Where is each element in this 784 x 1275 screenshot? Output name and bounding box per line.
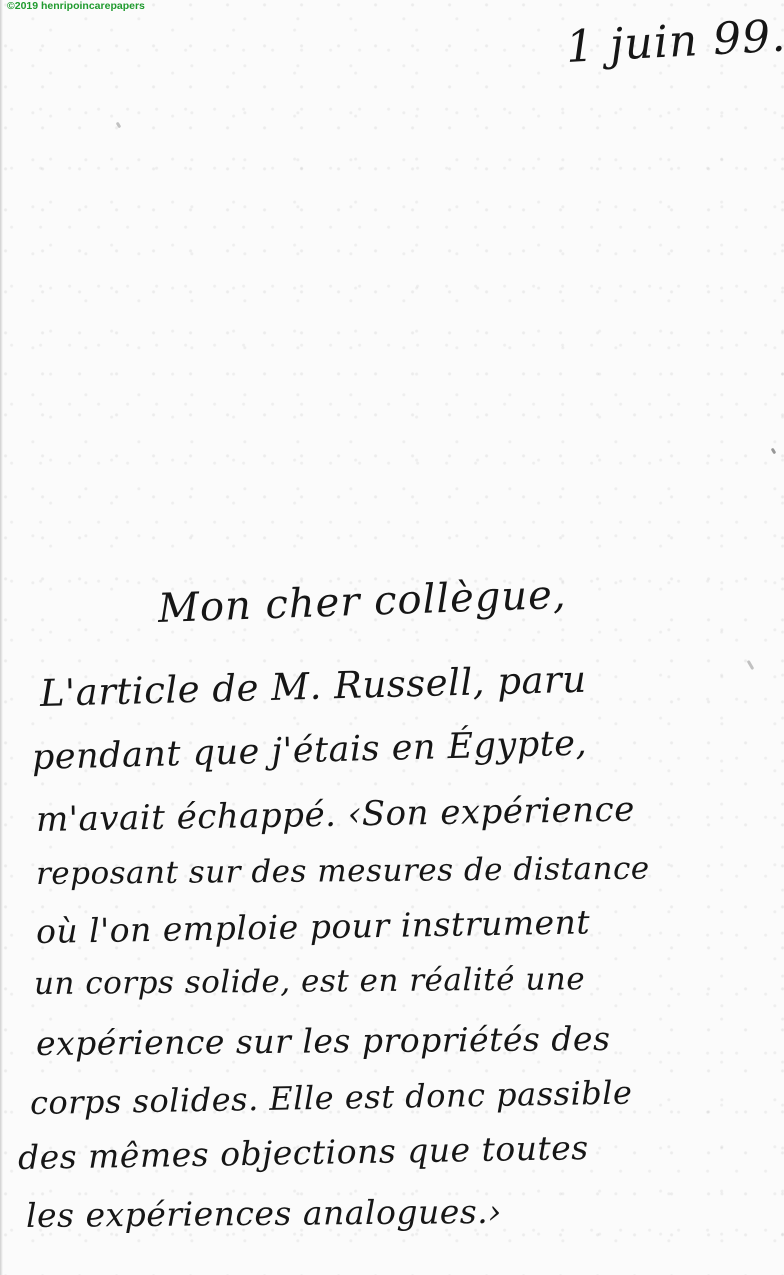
letter-line: L'article de M. Russell, paru (39, 658, 587, 715)
letter-line: les expériences analogues.› (26, 1192, 502, 1235)
letter-salutation: Mon cher collègue, (157, 572, 567, 632)
paper-speck (116, 122, 122, 129)
paper-speck (771, 448, 777, 455)
letter-line: m'avait échappé. ‹Son expérience (36, 790, 635, 840)
letter-line: où l'on emploie pour instrument (36, 902, 591, 951)
letter-line: reposant sur des mesures de distance (36, 851, 650, 892)
letter-line: un corps solide, est en réalité une (34, 961, 585, 1002)
copyright-watermark: ©2019 henripoincarepapers (7, 0, 145, 12)
letter-line: expérience sur les propriétés des (36, 1019, 611, 1063)
scanned-letter-page: ©2019 henripoincarepapers 1 juin 99. Mon… (0, 0, 784, 1275)
paper-speck (747, 660, 755, 670)
letter-date: 1 juin 99. (565, 11, 784, 73)
letter-line: corps solides. Elle est donc passible (30, 1073, 633, 1122)
letter-line: pendant que j'étais en Égypte, (31, 723, 587, 778)
letter-line: des mêmes objections que toutes (18, 1128, 589, 1177)
scan-edge-shadow (0, 0, 3, 1275)
